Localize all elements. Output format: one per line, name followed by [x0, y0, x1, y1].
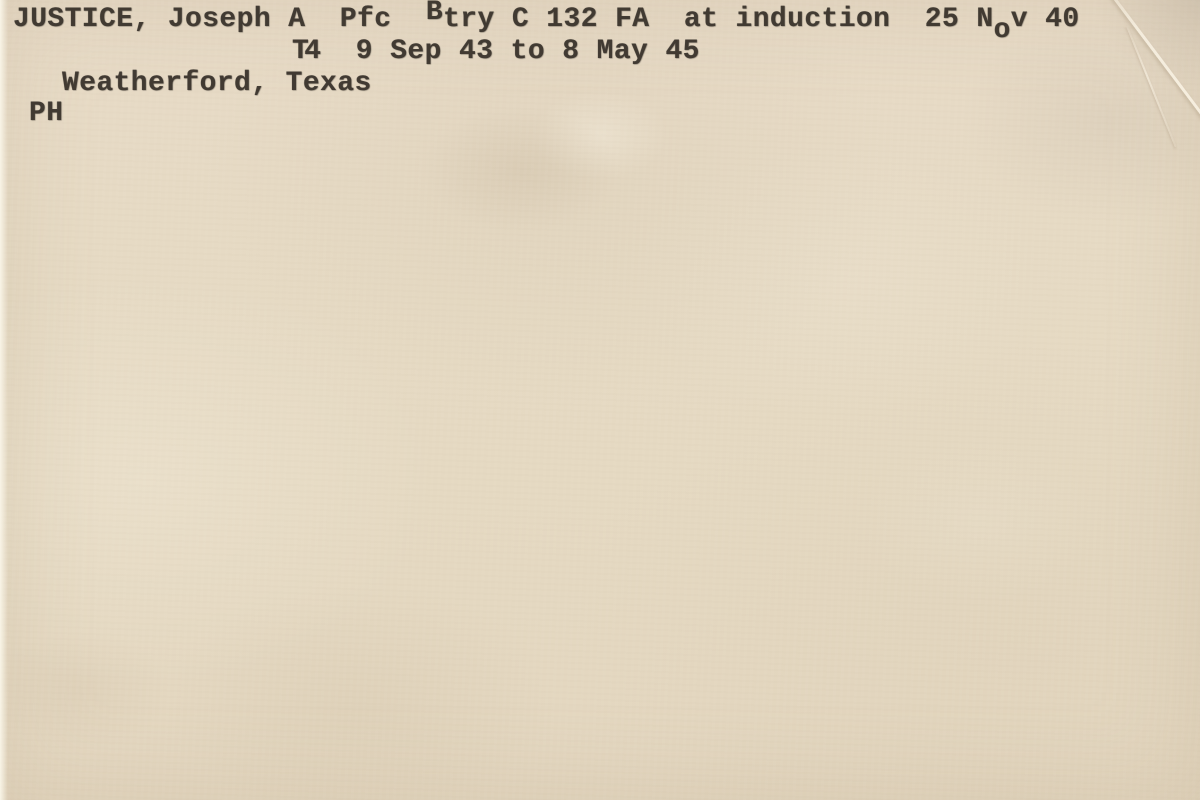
line-decoration: PH — [29, 99, 63, 129]
nov-dropped-o: o — [994, 15, 1011, 46]
line-name-rank-unit: JUSTICE, Joseph A Pfc Btry C 132 FA at i… — [13, 5, 1080, 35]
line-hometown: Weatherford, Texas — [62, 69, 372, 99]
decoration-text: PH — [29, 98, 63, 129]
hometown-text: Weatherford, Texas — [62, 68, 372, 99]
battery-superscript-b: B — [426, 0, 443, 28]
rating-4: 4 — [304, 36, 321, 67]
service-record-card: JUSTICE, Joseph A Pfc Btry C 132 FA at i… — [0, 0, 1200, 800]
fold-crease-top-right — [1090, 0, 1200, 175]
name-rank-text: JUSTICE, Joseph A Pfc — [13, 4, 426, 35]
induction-date-end: v 40 — [1011, 4, 1080, 35]
fold-crease-secondary — [1126, 26, 1177, 147]
service-period-text: 9 Sep 43 to 8 May 45 — [321, 36, 699, 67]
paper-texture — [0, 0, 1200, 800]
line-service-dates: T4 9 Sep 43 to 8 May 45 — [292, 37, 700, 67]
unit-induction-text: try C 132 FA at induction 25 N — [443, 4, 994, 35]
scan-edge-highlight — [0, 0, 8, 800]
